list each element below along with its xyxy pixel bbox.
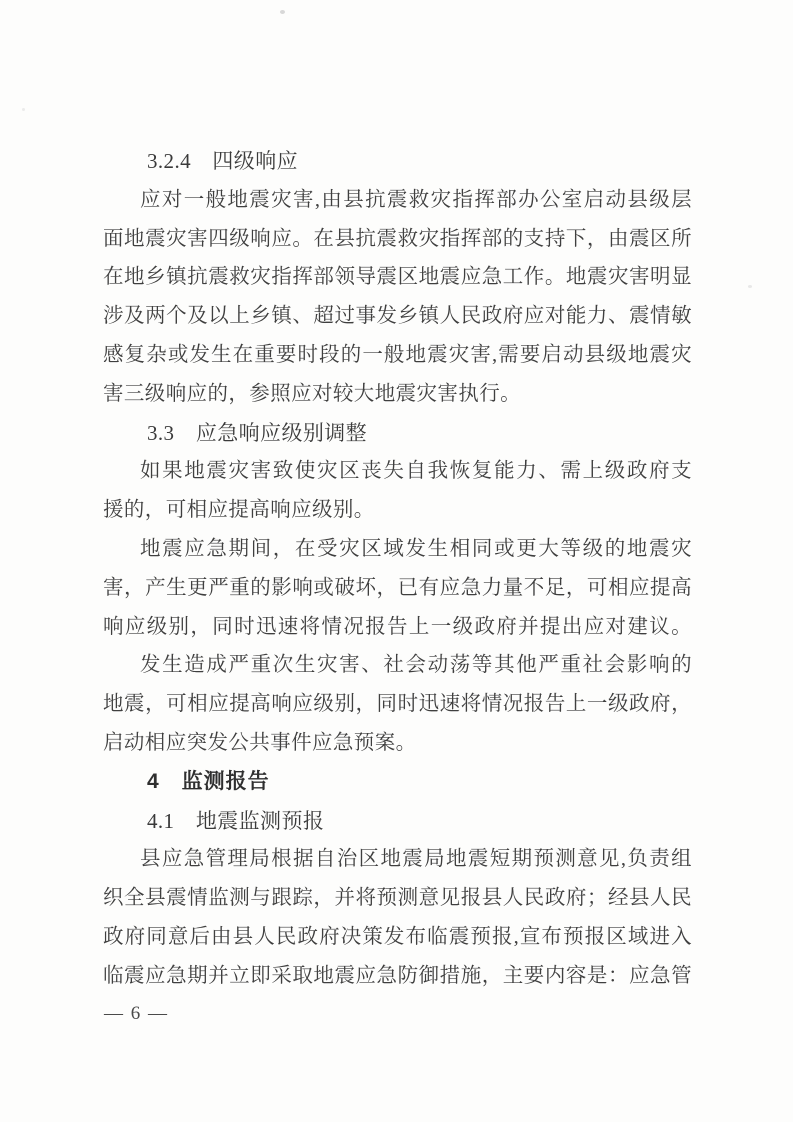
section-heading: 4 监测报告 (103, 763, 692, 802)
text-line: 涉及两个及以上乡镇、超过事发乡镇人民政府应对能力、震情敏 (103, 297, 692, 336)
section-heading: 4.1 地震监测预报 (103, 802, 692, 841)
text-line: 地震应急期间，在受灾区域发生相同或更大等级的地震灾 (103, 530, 692, 569)
text-line: 地震，可相应提高响应级别，同时迅速将情况报告上一级政府， (103, 685, 692, 724)
text-line: 织全县震情监测与跟踪，并将预测意见报县人民政府；经县人民 (103, 879, 692, 918)
text-line: 援的，可相应提高响应级别。 (103, 491, 692, 530)
document-page: 3.2.4 四级响应应对一般地震灾害,由县抗震救灾指挥部办公室启动县级层面地震灾… (0, 0, 793, 1122)
text-line: 应对一般地震灾害,由县抗震救灾指挥部办公室启动县级层 (103, 181, 692, 220)
section-heading: 3.2.4 四级响应 (103, 142, 692, 181)
scan-speck (280, 10, 285, 14)
text-line: 启动相应突发公共事件应急预案。 (103, 724, 692, 763)
page-number: — 6 — (104, 1001, 169, 1027)
scan-speck (22, 108, 25, 111)
text-line: 在地乡镇抗震救灾指挥部领导震区地震应急工作。地震灾害明显 (103, 258, 692, 297)
text-line: 临震应急期并立即采取地震应急防御措施，主要内容是：应急管 (103, 957, 692, 996)
text-line: 感复杂或发生在重要时段的一般地震灾害,需要启动县级地震灾 (103, 336, 692, 375)
text-line: 面地震灾害四级响应。在县抗震救灾指挥部的支持下，由震区所 (103, 220, 692, 259)
text-line: 县应急管理局根据自治区地震局地震短期预测意见,负责组 (103, 840, 692, 879)
scan-speck (748, 285, 752, 288)
document-body: 3.2.4 四级响应应对一般地震灾害,由县抗震救灾指挥部办公室启动县级层面地震灾… (103, 142, 692, 996)
text-line: 害三级响应的，参照应对较大地震灾害执行。 (103, 375, 692, 414)
text-line: 发生造成严重次生灾害、社会动荡等其他严重社会影响的 (103, 646, 692, 685)
text-line: 响应级别，同时迅速将情况报告上一级政府并提出应对建议。 (103, 608, 692, 647)
text-line: 害，产生更严重的影响或破坏，已有应急力量不足，可相应提高 (103, 569, 692, 608)
section-heading: 3.3 应急响应级别调整 (103, 414, 692, 453)
text-line: 如果地震灾害致使灾区丧失自我恢复能力、需上级政府支 (103, 452, 692, 491)
text-line: 政府同意后由县人民政府决策发布临震预报,宣布预报区域进入 (103, 918, 692, 957)
